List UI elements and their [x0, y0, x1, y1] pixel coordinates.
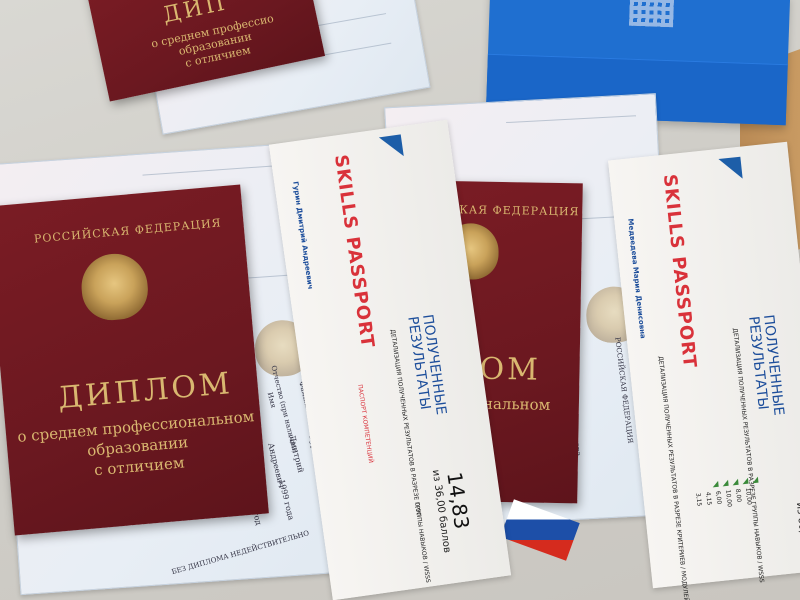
skills-passport-right[interactable]: Медведева Мария Денисовна SKILLS PASSPOR… — [608, 142, 800, 588]
qr-code-icon — [629, 0, 674, 27]
emblem-icon — [79, 251, 151, 323]
results-title: ПОЛУЧЕННЫЕ РЕЗУЛЬТАТЫ — [745, 314, 785, 418]
diploma-subtitle: о среднем профессиональном образовании с… — [15, 406, 259, 487]
logo-triangle-icon — [379, 134, 404, 159]
diploma-cover-left[interactable]: РОССИЙСКАЯ ФЕДЕРАЦИЯ ДИПЛОМ о среднем пр… — [0, 185, 269, 536]
results-title: ПОЛУЧЕННЫЕ РЕЗУЛЬТАТЫ — [404, 313, 448, 418]
logo-triangle-icon — [718, 157, 742, 181]
diploma-title: ДИПЛОМ — [57, 366, 234, 416]
